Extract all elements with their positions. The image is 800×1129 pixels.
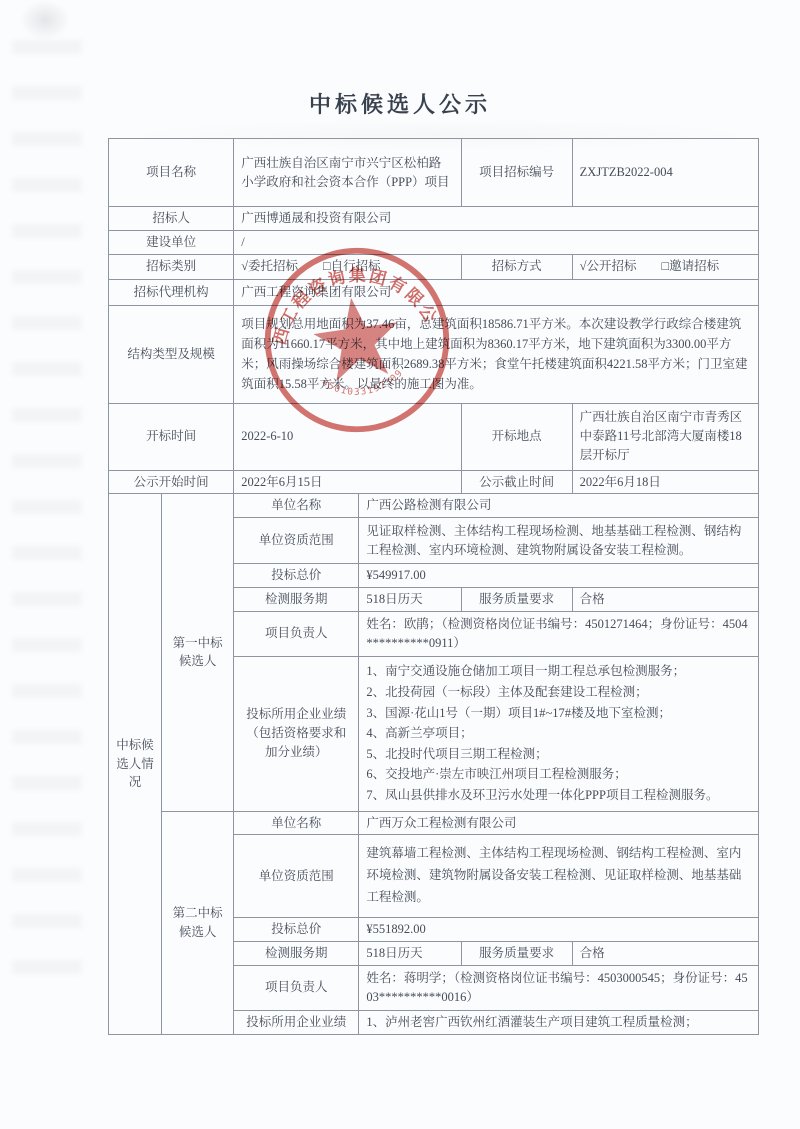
first-quality-value: 合格 — [572, 587, 758, 611]
project-name-label: 项目名称 — [109, 139, 234, 207]
construction-unit-value: / — [234, 230, 759, 254]
first-scope-value: 见证取样检测、主体结构工程现场检测、地基基础工程检测、钢结构工程检测、室内环境检… — [359, 518, 759, 564]
second-manager-value: 姓名：蒋明学；（检测资格岗位证书编号：4503000545；身份证号：4503*… — [359, 965, 759, 1010]
second-achievements-label: 投标所用企业业绩 — [234, 1010, 359, 1034]
tender-category-value: √委托招标 □自行招标 — [234, 254, 461, 279]
second-price-label: 投标总价 — [234, 918, 359, 942]
open-place-value: 广西壮族自治区南宁市青秀区中泰路11号北部湾大厦南楼18层开标厅 — [572, 403, 758, 470]
tender-category-label: 招标类别 — [109, 254, 234, 279]
construction-unit-label: 建设单位 — [109, 230, 234, 254]
first-manager-label: 项目负责人 — [234, 611, 359, 656]
scan-smudge — [20, 0, 70, 40]
first-quality-label: 服务质量要求 — [461, 587, 572, 611]
second-price-value: ¥551892.00 — [359, 918, 759, 942]
open-time-label: 开标时间 — [109, 403, 234, 470]
structure-value: 项目规划总用地面积为37.46亩，总建筑面积18586.71平方米。本次建设教学… — [234, 305, 759, 403]
first-unit-name-label: 单位名称 — [234, 494, 359, 518]
first-price-label: 投标总价 — [234, 564, 359, 588]
structure-label: 结构类型及规模 — [109, 305, 234, 403]
second-unit-name-value: 广西万众工程检测有限公司 — [359, 811, 759, 835]
first-period-label: 检测服务期 — [234, 587, 359, 611]
second-scope-label: 单位资质范围 — [234, 835, 359, 918]
bid-no-value: ZXJTZB2022-004 — [572, 139, 758, 207]
publicity-start-label: 公示开始时间 — [109, 470, 234, 494]
second-quality-value: 合格 — [572, 942, 758, 966]
second-achievements-value: 1、泸州老窖广西钦州红酒灌装生产项目建筑工程质量检测； — [359, 1010, 759, 1034]
tenderee-value: 广西博通晟和投资有限公司 — [234, 207, 759, 231]
second-period-label: 检测服务期 — [234, 942, 359, 966]
second-candidate-rank: 第二中标候选人 — [162, 811, 234, 1034]
first-manager-value: 姓名：欧鹃；（检测资格岗位证书编号：4501271464；身份证号：4504**… — [359, 611, 759, 656]
page-title: 中标候选人公示 — [0, 88, 800, 119]
second-scope-value: 建筑幕墙工程检测、主体结构工程现场检测、钢结构工程检测、室内环境检测、建筑物附属… — [359, 835, 759, 918]
publicity-end-value: 2022年6月18日 — [572, 470, 758, 494]
first-candidate-rank: 第一中标候选人 — [162, 494, 234, 811]
first-achievements-label: 投标所用企业业绩（包括资格要求和加分业绩） — [234, 656, 359, 811]
agency-label: 招标代理机构 — [109, 279, 234, 305]
second-quality-label: 服务质量要求 — [461, 942, 572, 966]
second-unit-name-label: 单位名称 — [234, 811, 359, 835]
first-price-value: ¥549917.00 — [359, 564, 759, 588]
first-period-value: 518日历天 — [359, 587, 461, 611]
tenderee-label: 招标人 — [109, 207, 234, 231]
publicity-end-label: 公示截止时间 — [461, 470, 572, 494]
project-name-value: 广西壮族自治区南宁市兴宁区松柏路小学政府和社会资本合作（PPP）项目 — [234, 139, 461, 207]
first-achievements-value: 1、南宁交通设施仓储加工项目一期工程总承包检测服务； 2、北投荷园（一标段）主体… — [359, 656, 759, 811]
tender-method-value: √公开招标 □邀请招标 — [572, 254, 758, 279]
open-place-label: 开标地点 — [461, 403, 572, 470]
second-period-value: 518日历天 — [359, 942, 461, 966]
scan-smudge — [12, 40, 82, 990]
first-unit-name-value: 广西公路检测有限公司 — [359, 494, 759, 518]
open-time-value: 2022-6-10 — [234, 403, 461, 470]
tender-method-label: 招标方式 — [461, 254, 572, 279]
announcement-table: 项目名称 广西壮族自治区南宁市兴宁区松柏路小学政府和社会资本合作（PPP）项目 … — [108, 138, 759, 1035]
bid-no-label: 项目招标编号 — [461, 139, 572, 207]
agency-value: 广西工程咨询集团有限公司 — [234, 279, 759, 305]
second-manager-label: 项目负责人 — [234, 965, 359, 1010]
first-scope-label: 单位资质范围 — [234, 518, 359, 564]
publicity-start-value: 2022年6月15日 — [234, 470, 461, 494]
candidates-section-label: 中标候选人情况 — [109, 494, 162, 1034]
